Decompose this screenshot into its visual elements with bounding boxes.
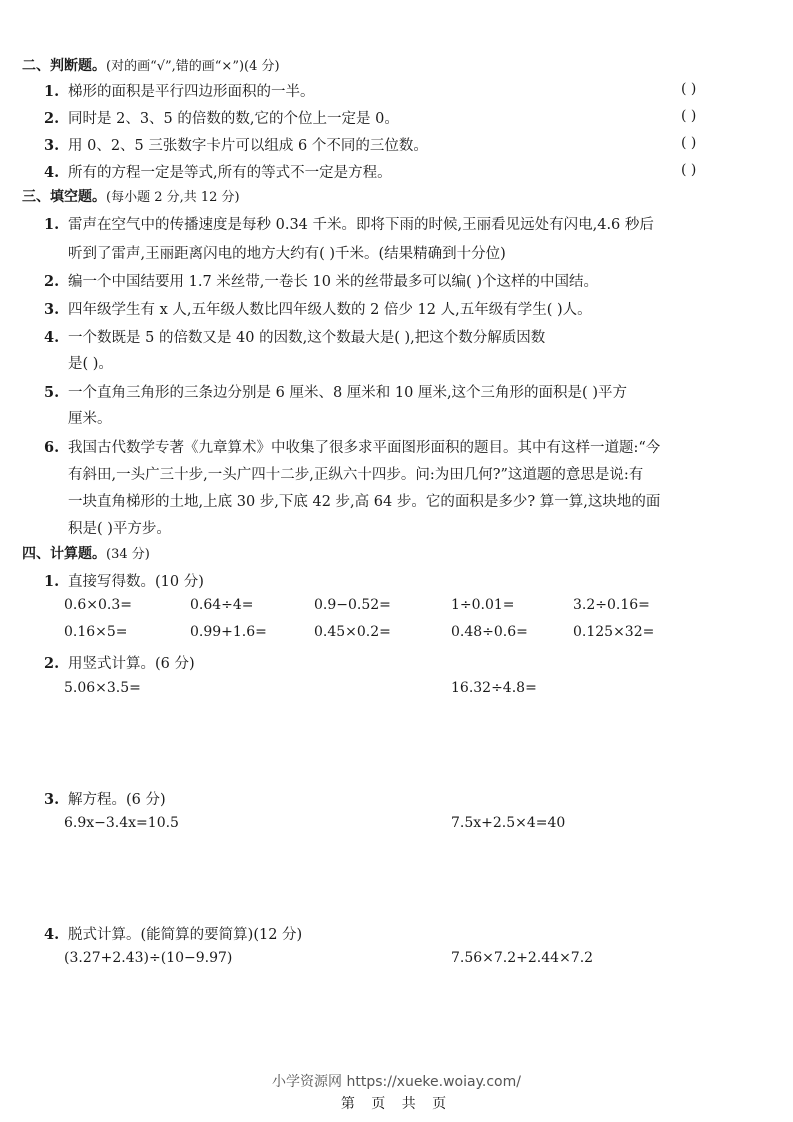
item-number: 2. xyxy=(44,110,68,127)
section-3-heading: 三、填空题。(每小题 2 分,共 12 分) xyxy=(22,186,240,206)
fill-item: 1.雷声在空气中的传播速度是每秒 0.34 千米。即将下雨的时候,王丽看见远处有… xyxy=(44,213,654,234)
item-number: 3. xyxy=(44,137,68,154)
page-number: 第 页 共 页 xyxy=(0,1093,793,1113)
section-title: 二、判断题。 xyxy=(22,58,106,74)
item-text: 我国古代数学专著《九章算术》中收集了很多求平面图形面积的题目。其中有这样一道题:… xyxy=(68,440,660,456)
fill-item: 2.编一个中国结要用 1.7 米丝带,一卷长 10 米的丝带最多可以编( )个这… xyxy=(44,270,598,291)
section-title: 四、计算题。 xyxy=(22,546,106,562)
answer-box[interactable]: ( ) xyxy=(681,135,696,151)
oral-calc: 3.2÷0.16= xyxy=(573,597,650,613)
item-text: 一个数既是 5 的倍数又是 40 的因数,这个数最大是( ),把这个数分解质因数 xyxy=(68,330,545,346)
fill-item-cont: 听到了雷声,王丽距离闪电的地方大约有( )千米。(结果精确到十分位) xyxy=(68,242,506,263)
judge-item: 4.所有的方程一定是等式,所有的等式不一定是方程。 xyxy=(44,161,392,182)
oral-calc: 0.9−0.52= xyxy=(314,597,391,613)
item-number: 1. xyxy=(44,83,68,100)
expression: (3.27+2.43)÷(10−9.97) xyxy=(64,950,232,966)
fill-item-cont: 一块直角梯形的土地,上底 30 步,下底 42 步,高 64 步。它的面积是多少… xyxy=(68,490,660,511)
item-text: 雷声在空气中的传播速度是每秒 0.34 千米。即将下雨的时候,王丽看见远处有闪电… xyxy=(68,217,654,233)
fill-item: 5.一个直角三角形的三条边分别是 6 厘米、8 厘米和 10 厘米,这个三角形的… xyxy=(44,381,627,402)
expression: 7.56×7.2+2.44×7.2 xyxy=(451,950,593,966)
judge-item: 1.梯形的面积是平行四边形面积的一半。 xyxy=(44,80,315,101)
oral-calc: 0.125×32= xyxy=(573,624,654,640)
item-text: 直接写得数。(10 分) xyxy=(68,574,204,590)
item-number: 4. xyxy=(44,164,68,181)
oral-calc: 0.6×0.3= xyxy=(64,597,132,613)
item-text: 编一个中国结要用 1.7 米丝带,一卷长 10 米的丝带最多可以编( )个这样的… xyxy=(68,274,598,290)
fill-item-cont: 积是( )平方步。 xyxy=(68,517,171,538)
calc-q1-label: 1.直接写得数。(10 分) xyxy=(44,570,204,591)
fill-item-cont: 厘米。 xyxy=(68,407,112,428)
item-number: 4. xyxy=(44,329,68,346)
item-text: 梯形的面积是平行四边形面积的一半。 xyxy=(68,84,315,100)
item-text: 用竖式计算。(6 分) xyxy=(68,656,195,672)
fill-item-cont: 有斜田,一头广三十步,一头广四十二步,正纵六十四步。问:为田几何?”这道题的意思… xyxy=(68,463,643,484)
item-number: 2. xyxy=(44,273,68,290)
item-number: 1. xyxy=(44,216,68,233)
answer-box[interactable]: ( ) xyxy=(681,108,696,124)
judge-item: 3.用 0、2、5 三张数字卡片可以组成 6 个不同的三位数。 xyxy=(44,134,428,155)
fill-item: 4.一个数既是 5 的倍数又是 40 的因数,这个数最大是( ),把这个数分解质… xyxy=(44,326,545,347)
item-text: 脱式计算。(能简算的要简算)(12 分) xyxy=(68,927,302,943)
fill-item-cont: 是( )。 xyxy=(68,352,113,373)
item-number: 3. xyxy=(44,301,68,318)
oral-calc: 0.16×5= xyxy=(64,624,128,640)
item-text: 同时是 2、3、5 的倍数的数,它的个位上一定是 0。 xyxy=(68,111,399,127)
section-4-heading: 四、计算题。(34 分) xyxy=(22,543,150,563)
answer-box[interactable]: ( ) xyxy=(681,81,696,97)
item-text: 用 0、2、5 三张数字卡片可以组成 6 个不同的三位数。 xyxy=(68,138,428,154)
section-note: (对的画“√”,错的画“×”)(4 分) xyxy=(106,59,280,74)
oral-calc: 1÷0.01= xyxy=(451,597,515,613)
answer-box[interactable]: ( ) xyxy=(681,162,696,178)
watermark-url: 小学资源网 https://xueke.woiay.com/ xyxy=(0,1071,793,1091)
item-number: 5. xyxy=(44,384,68,401)
oral-calc: 0.64÷4= xyxy=(190,597,254,613)
section-title: 三、填空题。 xyxy=(22,189,106,205)
item-text: 一个直角三角形的三条边分别是 6 厘米、8 厘米和 10 厘米,这个三角形的面积… xyxy=(68,385,627,401)
item-text: 所有的方程一定是等式,所有的等式不一定是方程。 xyxy=(68,165,392,181)
section-2-heading: 二、判断题。(对的画“√”,错的画“×”)(4 分) xyxy=(22,55,280,75)
oral-calc: 0.99+1.6= xyxy=(190,624,267,640)
calc-q2-label: 2.用竖式计算。(6 分) xyxy=(44,652,195,673)
equation: 7.5x+2.5×4=40 xyxy=(451,815,565,831)
item-text: 四年级学生有 x 人,五年级人数比四年级人数的 2 倍少 12 人,五年级有学生… xyxy=(68,302,592,318)
item-number: 6. xyxy=(44,439,68,456)
equation: 6.9x−3.4x=10.5 xyxy=(64,815,179,831)
oral-calc: 0.48÷0.6= xyxy=(451,624,528,640)
calc-q4-label: 4.脱式计算。(能简算的要简算)(12 分) xyxy=(44,923,302,944)
item-number: 1. xyxy=(44,573,68,590)
item-number: 2. xyxy=(44,655,68,672)
oral-calc: 0.45×0.2= xyxy=(314,624,391,640)
vertical-calc: 5.06×3.5= xyxy=(64,680,141,696)
fill-item: 6.我国古代数学专著《九章算术》中收集了很多求平面图形面积的题目。其中有这样一道… xyxy=(44,436,660,457)
section-note: (每小题 2 分,共 12 分) xyxy=(106,190,240,205)
item-number: 3. xyxy=(44,791,68,808)
section-note: (34 分) xyxy=(106,547,150,562)
fill-item: 3.四年级学生有 x 人,五年级人数比四年级人数的 2 倍少 12 人,五年级有… xyxy=(44,298,592,319)
item-number: 4. xyxy=(44,926,68,943)
item-text: 解方程。(6 分) xyxy=(68,792,166,808)
vertical-calc: 16.32÷4.8= xyxy=(451,680,537,696)
calc-q3-label: 3.解方程。(6 分) xyxy=(44,788,166,809)
judge-item: 2.同时是 2、3、5 的倍数的数,它的个位上一定是 0。 xyxy=(44,107,399,128)
